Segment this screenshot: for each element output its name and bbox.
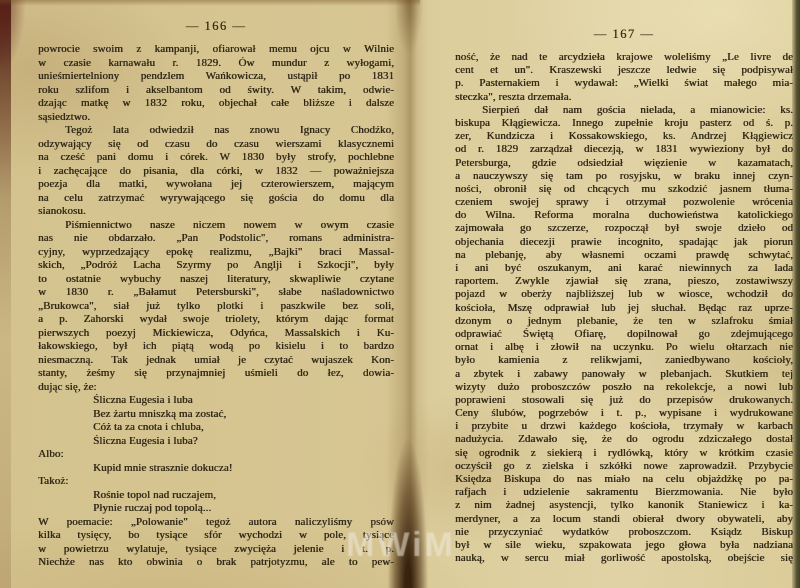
text-line: dzonym o jednym plebanie, że ten w szlaf…: [455, 315, 793, 328]
top-page-edge: [0, 0, 420, 6]
text-line: a zbytek i zabawy panowały w plebanjach.…: [455, 368, 793, 381]
verse-line: Płynie ruczaj pod topolą...: [38, 502, 394, 516]
text-line: oczyścił go z zielska i szkółki nowe zap…: [455, 460, 793, 473]
page-body-left: powrocie swoim z kampanji, ofiarował mem…: [38, 43, 394, 570]
text-line: Ceny ślubów, pogrzebów i t. p., wypisane…: [455, 407, 793, 420]
text-line: cyjny, wyprzedzający epokę realizmu, „Ba…: [38, 246, 394, 260]
text-line: Petersburga, gdzie odsiedział więzienie …: [455, 157, 793, 170]
text-line: poprawieni stosowali się już do przepisó…: [455, 394, 793, 407]
page-number-header-right: — 167 —: [455, 26, 793, 42]
text-line: w 1830 r. „Bałamut Petersburski", słabe …: [38, 286, 394, 300]
verse-line: Śliczna Eugesia i luba: [38, 394, 394, 408]
text-line: W poemacie: „Polowanie" tegoż autora nal…: [38, 516, 394, 530]
text-line: nauką, w sercu miał gorliwość apostolską…: [455, 552, 793, 565]
text-line: odprawiać Świętą Ofiarę, dopilnował go z…: [455, 328, 793, 341]
book-scan: — 166 — powrocie swoim z kampanji, ofiar…: [0, 0, 800, 588]
text-line: ornat i albę i złowił na uczynku. Po wie…: [455, 341, 793, 354]
text-line: zer, Kundzicza i Kossakowskiego, ks. And…: [455, 130, 793, 143]
text-line: skich, „Podróż Lacha Szyrmy po Anglji i …: [38, 259, 394, 273]
text-line: sianokosu.: [38, 205, 394, 219]
text-line: ności, obronił się od chcących mu szkodz…: [455, 183, 793, 196]
text-line: odzywający się od czasu do czasu wiersza…: [38, 138, 394, 152]
text-line: stanty, żeśmy się przynajmniej uśmieli d…: [38, 367, 394, 381]
text-line: pojazd w oberży najbliższej lub w wiosce…: [455, 288, 793, 301]
text-line: Niechże nas kto obwinia o brak patrjotyz…: [38, 556, 394, 570]
verse-line: Rośnie topol nad ruczajem,: [38, 489, 394, 503]
book-gutter-shadow-bottom: [380, 395, 436, 588]
text-line: kilka tysięcy, bo tysiące sfór wychodzi …: [38, 529, 394, 543]
page-number-header-left: — 166 —: [38, 18, 394, 34]
text-line: Piśmiennictwo nasze niczem nowem w owym …: [38, 219, 394, 233]
text-line: i zachęcające do pisania, dla córki, w 1…: [38, 165, 394, 179]
verse-line: Cóż ta za cnota i chluba,: [38, 421, 394, 435]
verse-label: Takoż:: [38, 475, 394, 489]
text-line: ność, że nad te arcydzieła krajowe wolel…: [455, 51, 793, 64]
text-line: czeniem swojej sprawy i otrzymał pozwole…: [455, 196, 793, 209]
text-line: nas nie obdarzało. „Pan Podstolic", roma…: [38, 232, 394, 246]
verse-line: Bez żartu mniszką ma zostać,: [38, 408, 394, 422]
text-line: dzając matkę w 1832 roku, objechał całe …: [38, 97, 394, 111]
page-body-right: ność, że nad te arcydzieła krajowe wolel…: [455, 51, 793, 565]
text-line: rafjach i udzielenie sakramentu Bierzmow…: [455, 486, 793, 499]
text-line: i ani być oszukanym, ani karać niewinnyc…: [455, 262, 793, 275]
verse-label: Albo:: [38, 448, 394, 462]
verse-line: Kupid mnie strasznie dokucza!: [38, 462, 394, 476]
text-line: merdyner, a za locum standi obierał dwor…: [455, 513, 793, 526]
text-line: się ogrodnik z siekierą i rydlówką, któr…: [455, 447, 793, 460]
text-line: p. Pasternakiem i wydawał: „Wielki świat…: [455, 77, 793, 90]
text-line: od r. 1829 zarządzał diecezją, w 1831 wy…: [455, 143, 793, 156]
text-line: był w sile wieku, szpakowata jego głowa …: [455, 539, 793, 552]
text-line: nie przyczyniać wydatków proboszczom. Ks…: [455, 526, 793, 539]
text-line: w powietrzu wylatuje, tysiące zwycięża j…: [38, 543, 394, 557]
text-line: Tegoż lata odwiedził nas znowu Ignacy Ch…: [38, 124, 394, 138]
text-line: poezja dla matki, wywołana jej czterowie…: [38, 178, 394, 192]
text-line: unieśmiertelniony pendzlem Wańkowicza, u…: [38, 70, 394, 84]
text-line: steczka", reszta drzemała.: [455, 91, 793, 104]
text-line: nadużycia. Zdawało się, że do ogrodu zdz…: [455, 433, 793, 446]
text-line: wizyty dużo proboszczów poszło na rekole…: [455, 381, 793, 394]
page-167: — 167 — ność, że nad te arcydzieła krajo…: [455, 26, 793, 565]
right-page-edge: [792, 0, 800, 588]
text-line: zajmowała go szczerze, rozpoczął był swo…: [455, 222, 793, 235]
text-line: w czasie karnawału r. 1829. Ów mundur z …: [38, 57, 394, 71]
text-line: z nim żadnej asystencji, tylko kanonik S…: [455, 499, 793, 512]
verse-line: Śliczna Eugesia i luba?: [38, 435, 394, 449]
text-line: objechania diecezji prawie incognito, sp…: [455, 236, 793, 249]
text-line: to ostatnie wybuchy naszej literatury, s…: [38, 273, 394, 287]
text-line: niesmaczną. Tak jednak umiał je czytać w…: [38, 354, 394, 368]
text-line: na celu zatrzymać wyrywającego się gości…: [38, 192, 394, 206]
top-left-binding-corner: [0, 0, 36, 100]
text-line: „Brukowca", siał już tylko plotki i pasz…: [38, 300, 394, 314]
text-line: biskupa Kłągiewicza. Innego zupełnie kro…: [455, 117, 793, 130]
text-line: i przybite u drzwi każdego kościoła, trz…: [455, 420, 793, 433]
text-line: raportem. Zwykle zjawiał się zrana, pies…: [455, 275, 793, 288]
text-line: cent et un". Kraszewski jeszcze ledwie s…: [455, 64, 793, 77]
text-line: na cześć pani domu i córek. W 1830 były …: [38, 151, 394, 165]
text-line: a p. Zahorski wydał swoje triolety, któr…: [38, 313, 394, 327]
text-line: roku szlifom i akselbantom od świty. W t…: [38, 84, 394, 98]
text-line: dując się, że:: [38, 381, 394, 395]
text-line: powrocie swoim z kampanji, ofiarował mem…: [38, 43, 394, 57]
text-line: łakowskiego, był ich piątą wodą po kisie…: [38, 340, 394, 354]
text-line: a nauczywszy się tam po rosyjsku, w brak…: [455, 170, 793, 183]
text-line: kościoła, Mszę odprawiał lub jej słuchał…: [455, 302, 793, 315]
text-line: Księdza Biskupa do nas miało na celu obj…: [455, 473, 793, 486]
page-166: — 166 — powrocie swoim z kampanji, ofiar…: [38, 18, 394, 570]
text-line: było kamienia z relikwjami, zaniedbywano…: [455, 354, 793, 367]
book-gutter-shadow-top: [390, 0, 428, 72]
text-line: do Wilna. Reforma moralna duchowieństwa …: [455, 209, 793, 222]
text-line: sąsiedztwo.: [38, 111, 394, 125]
text-line: pierwszych poezyj Mickiewicza, Odyńca, M…: [38, 327, 394, 341]
text-line: Sierpień dał nam gościa nielada, a miano…: [455, 104, 793, 117]
text-line: na plebanję, aby własnemi oczami prawdę …: [455, 249, 793, 262]
